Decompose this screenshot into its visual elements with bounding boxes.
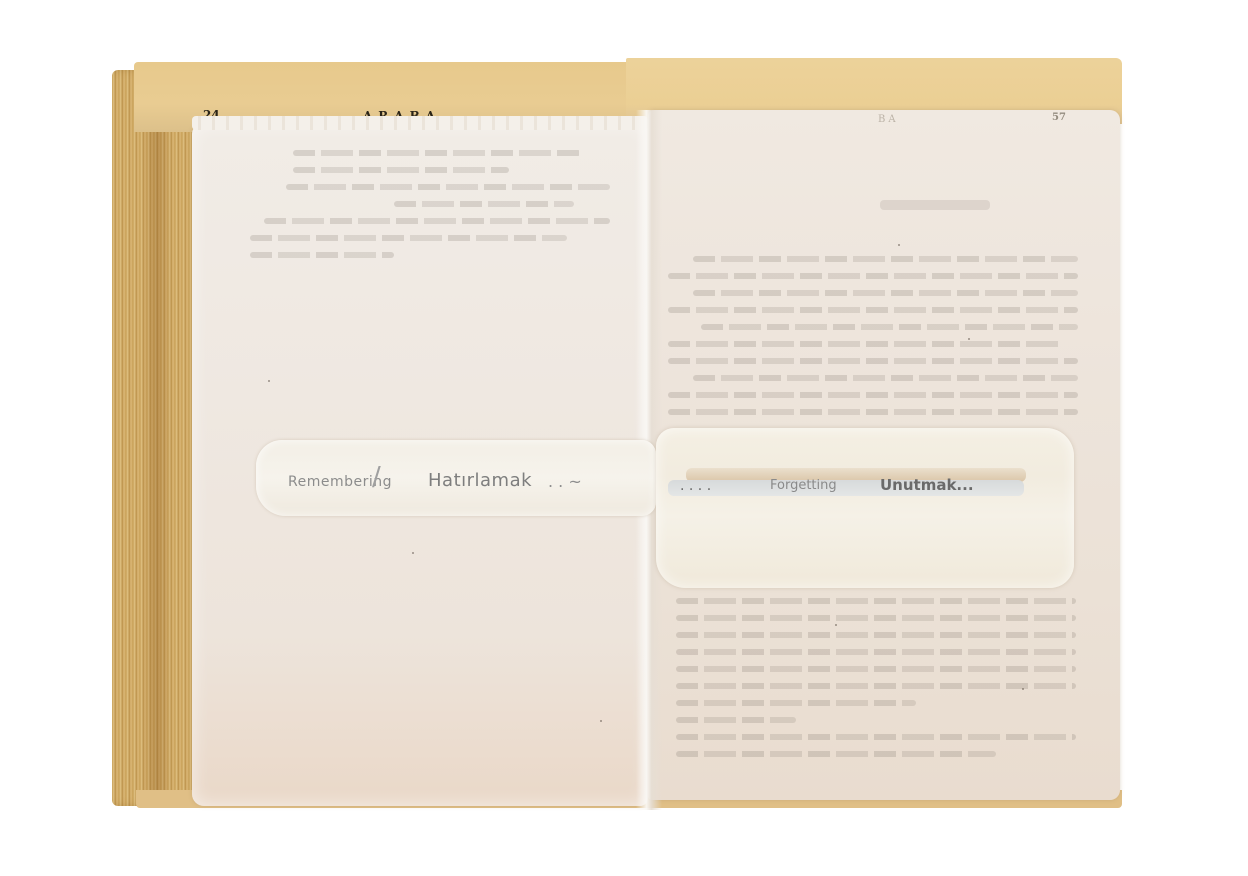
book-page-edges <box>112 70 204 806</box>
handwriting-leading-right: . . . . <box>680 478 711 494</box>
faded-print-left <box>250 150 610 269</box>
handwriting-forgetting: Forgetting <box>770 478 837 493</box>
wax-strip-right <box>656 428 1074 588</box>
handwriting-unutmak: Unutmak... <box>880 476 974 494</box>
torn-wax-edge <box>192 116 648 130</box>
right-page-number: 57 <box>1052 112 1066 123</box>
faded-print-right-bottom <box>676 598 1076 768</box>
handwriting-slash: / <box>372 462 381 492</box>
waxed-book-photo: 24 ARABA BA 57 <box>0 0 1248 876</box>
right-running-head: BA <box>878 114 899 125</box>
handwriting-trailing-left: . . ~ <box>548 472 582 491</box>
faded-print-right-top <box>668 256 1078 426</box>
handwriting-hatirlamak: Hatırlamak <box>428 470 532 491</box>
faded-heading-right <box>880 200 990 210</box>
